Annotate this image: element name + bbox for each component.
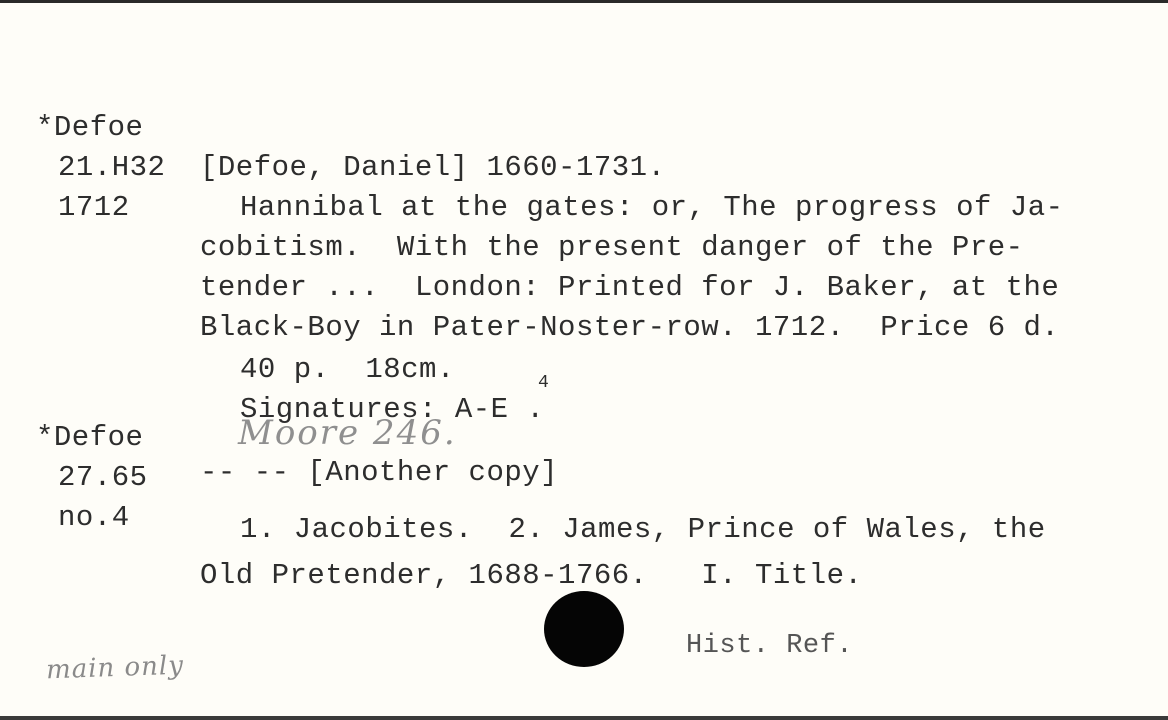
title-line-1: Hannibal at the gates: or, The progress … <box>240 193 1064 222</box>
secondary-call-number-line-3: no.4 <box>58 503 130 532</box>
catalog-card: *Defoe 21.H32 1712 [Defoe, Daniel] 1660-… <box>0 0 1168 720</box>
location-stamp: Hist. Ref. <box>686 631 853 661</box>
signatures-trailing: . <box>527 393 545 426</box>
title-line-3: tender ... London: Printed for J. Baker,… <box>200 273 1059 302</box>
tracings-line-2: Old Pretender, 1688-1766. I. Title. <box>200 561 862 590</box>
call-number-line-3: 1712 <box>58 193 130 222</box>
handwritten-moore-note: Moore 246. <box>238 413 457 453</box>
handwritten-footer-note: main only <box>46 651 185 686</box>
title-line-2: cobitism. With the present danger of the… <box>200 233 1024 262</box>
card-punch-hole <box>544 591 624 667</box>
another-copy-note: -- -- [Another copy] <box>200 458 558 487</box>
tracings-line-1: 1. Jacobites. 2. James, Prince of Wales,… <box>240 515 1046 544</box>
collation: 40 p. 18cm. <box>240 355 455 384</box>
call-number-line-1: *Defoe <box>36 113 143 142</box>
call-number-line-2: 21.H32 <box>58 153 165 182</box>
secondary-call-number-line-2: 27.65 <box>58 463 148 492</box>
author-heading: [Defoe, Daniel] 1660-1731. <box>200 153 665 182</box>
title-line-4: Black-Boy in Pater-Noster-row. 1712. Pri… <box>200 313 1059 342</box>
signatures-superscript: 4 <box>538 373 549 393</box>
secondary-call-number-line-1: *Defoe <box>36 423 143 452</box>
